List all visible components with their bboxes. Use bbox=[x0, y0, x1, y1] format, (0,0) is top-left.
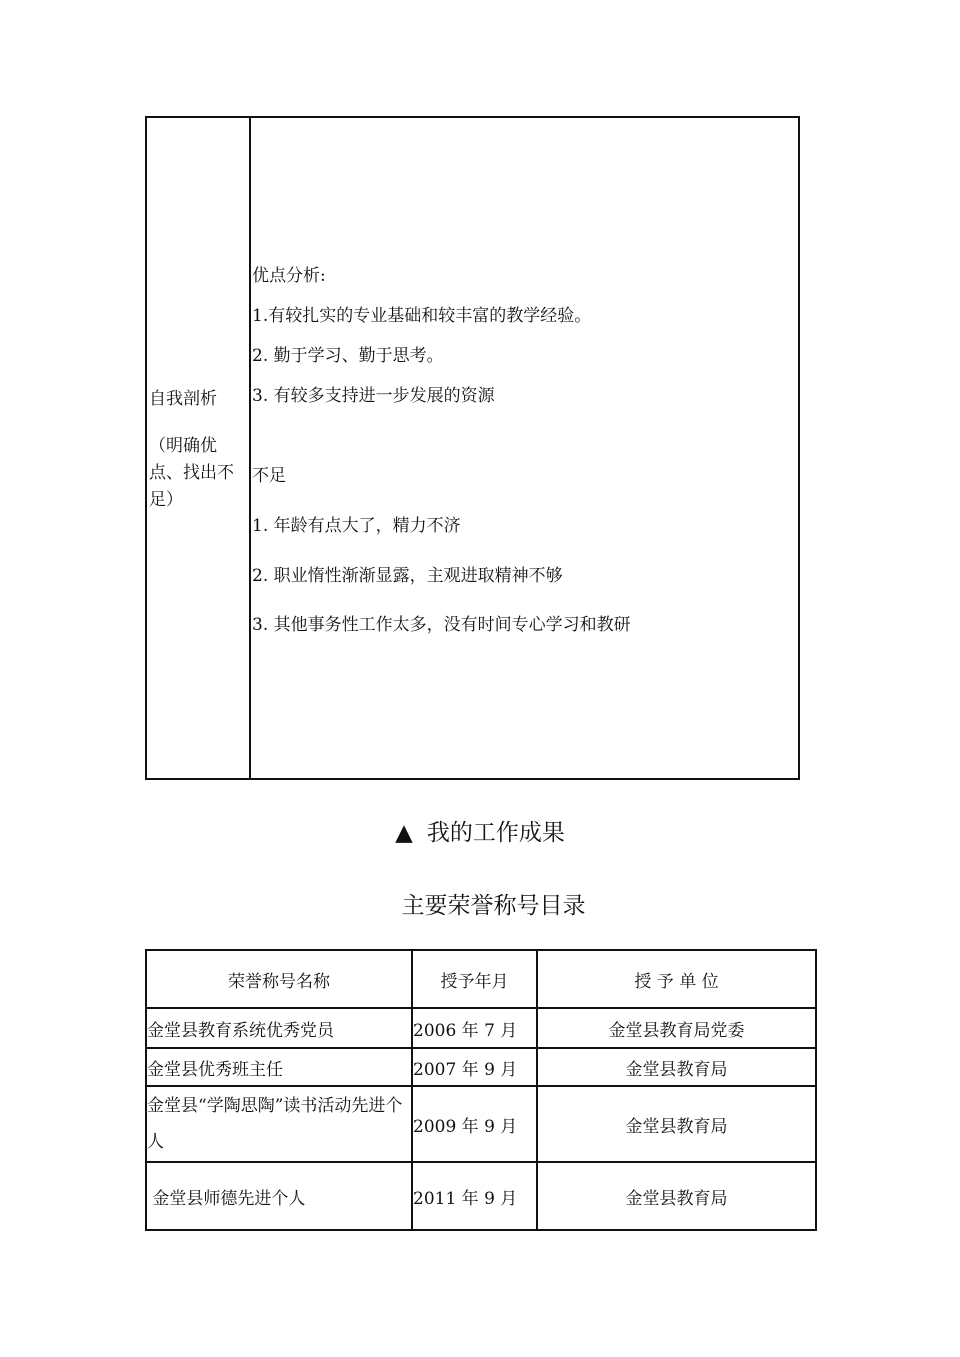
label-line: 自我剖析 bbox=[149, 386, 247, 413]
honor-unit: 金堂县教育局党委 bbox=[537, 1008, 816, 1048]
table-header-row: 荣誉称号名称 授予年月 授 予 单 位 bbox=[146, 950, 816, 1008]
header-unit: 授 予 单 位 bbox=[537, 950, 816, 1008]
honor-unit: 金堂县教育局 bbox=[537, 1086, 816, 1162]
weakness-item: 1. 年龄有点大了，精力不济 bbox=[252, 515, 461, 537]
honor-name: 金堂县师德先进个人 bbox=[146, 1162, 412, 1230]
honor-unit: 金堂县教育局 bbox=[537, 1162, 816, 1230]
strength-item: 2. 勤于学习、勤于思考。 bbox=[252, 345, 444, 367]
honor-date: 2006 年 7 月 bbox=[412, 1008, 537, 1048]
weaknesses-heading: 不足 bbox=[252, 465, 286, 487]
section-title-text: 我的工作成果 bbox=[427, 820, 565, 846]
honor-date: 2009 年 9 月 bbox=[412, 1086, 537, 1162]
honors-table: 荣誉称号名称 授予年月 授 予 单 位 金堂县教育系统优秀党员 2006 年 7… bbox=[145, 949, 817, 1231]
self-analysis-table: 自我剖析 （明确优 点、找出不 足） 优点分析: 1.有较扎实的专业基础和较丰富… bbox=[145, 116, 800, 780]
label-line: 点、找出不 bbox=[149, 460, 247, 487]
honor-name: 金堂县优秀班主任 bbox=[146, 1048, 412, 1086]
honors-title: 主要荣誉称号目录 bbox=[0, 887, 960, 920]
honor-date: 2011 年 9 月 bbox=[412, 1162, 537, 1230]
column-divider bbox=[249, 118, 251, 778]
table-row: 金堂县师德先进个人 2011 年 9 月 金堂县教育局 bbox=[146, 1162, 816, 1230]
strength-item: 1.有较扎实的专业基础和较丰富的教学经验。 bbox=[252, 305, 591, 327]
label-line: 足） bbox=[149, 487, 247, 514]
weakness-item: 3. 其他事务性工作太多，没有时间专心学习和教研 bbox=[252, 614, 631, 636]
label-line: （明确优 bbox=[149, 433, 247, 460]
triangle-icon: ▲ bbox=[395, 820, 413, 846]
strength-item: 3. 有较多支持进一步发展的资源 bbox=[252, 385, 495, 407]
honor-unit: 金堂县教育局 bbox=[537, 1048, 816, 1086]
honor-date: 2007 年 9 月 bbox=[412, 1048, 537, 1086]
header-date: 授予年月 bbox=[412, 950, 537, 1008]
header-name: 荣誉称号名称 bbox=[146, 950, 412, 1008]
analysis-label: 自我剖析 （明确优 点、找出不 足） bbox=[149, 386, 247, 514]
weakness-item: 2. 职业惰性渐渐显露，主观进取精神不够 bbox=[252, 565, 563, 587]
table-row: 金堂县优秀班主任 2007 年 9 月 金堂县教育局 bbox=[146, 1048, 816, 1086]
section-title: ▲我的工作成果 bbox=[0, 814, 960, 847]
honor-name: 金堂县“学陶思陶”读书活动先进个人 bbox=[146, 1086, 412, 1162]
table-row: 金堂县教育系统优秀党员 2006 年 7 月 金堂县教育局党委 bbox=[146, 1008, 816, 1048]
honor-name: 金堂县教育系统优秀党员 bbox=[146, 1008, 412, 1048]
strengths-heading: 优点分析: bbox=[252, 265, 326, 287]
table-row: 金堂县“学陶思陶”读书活动先进个人 2009 年 9 月 金堂县教育局 bbox=[146, 1086, 816, 1162]
